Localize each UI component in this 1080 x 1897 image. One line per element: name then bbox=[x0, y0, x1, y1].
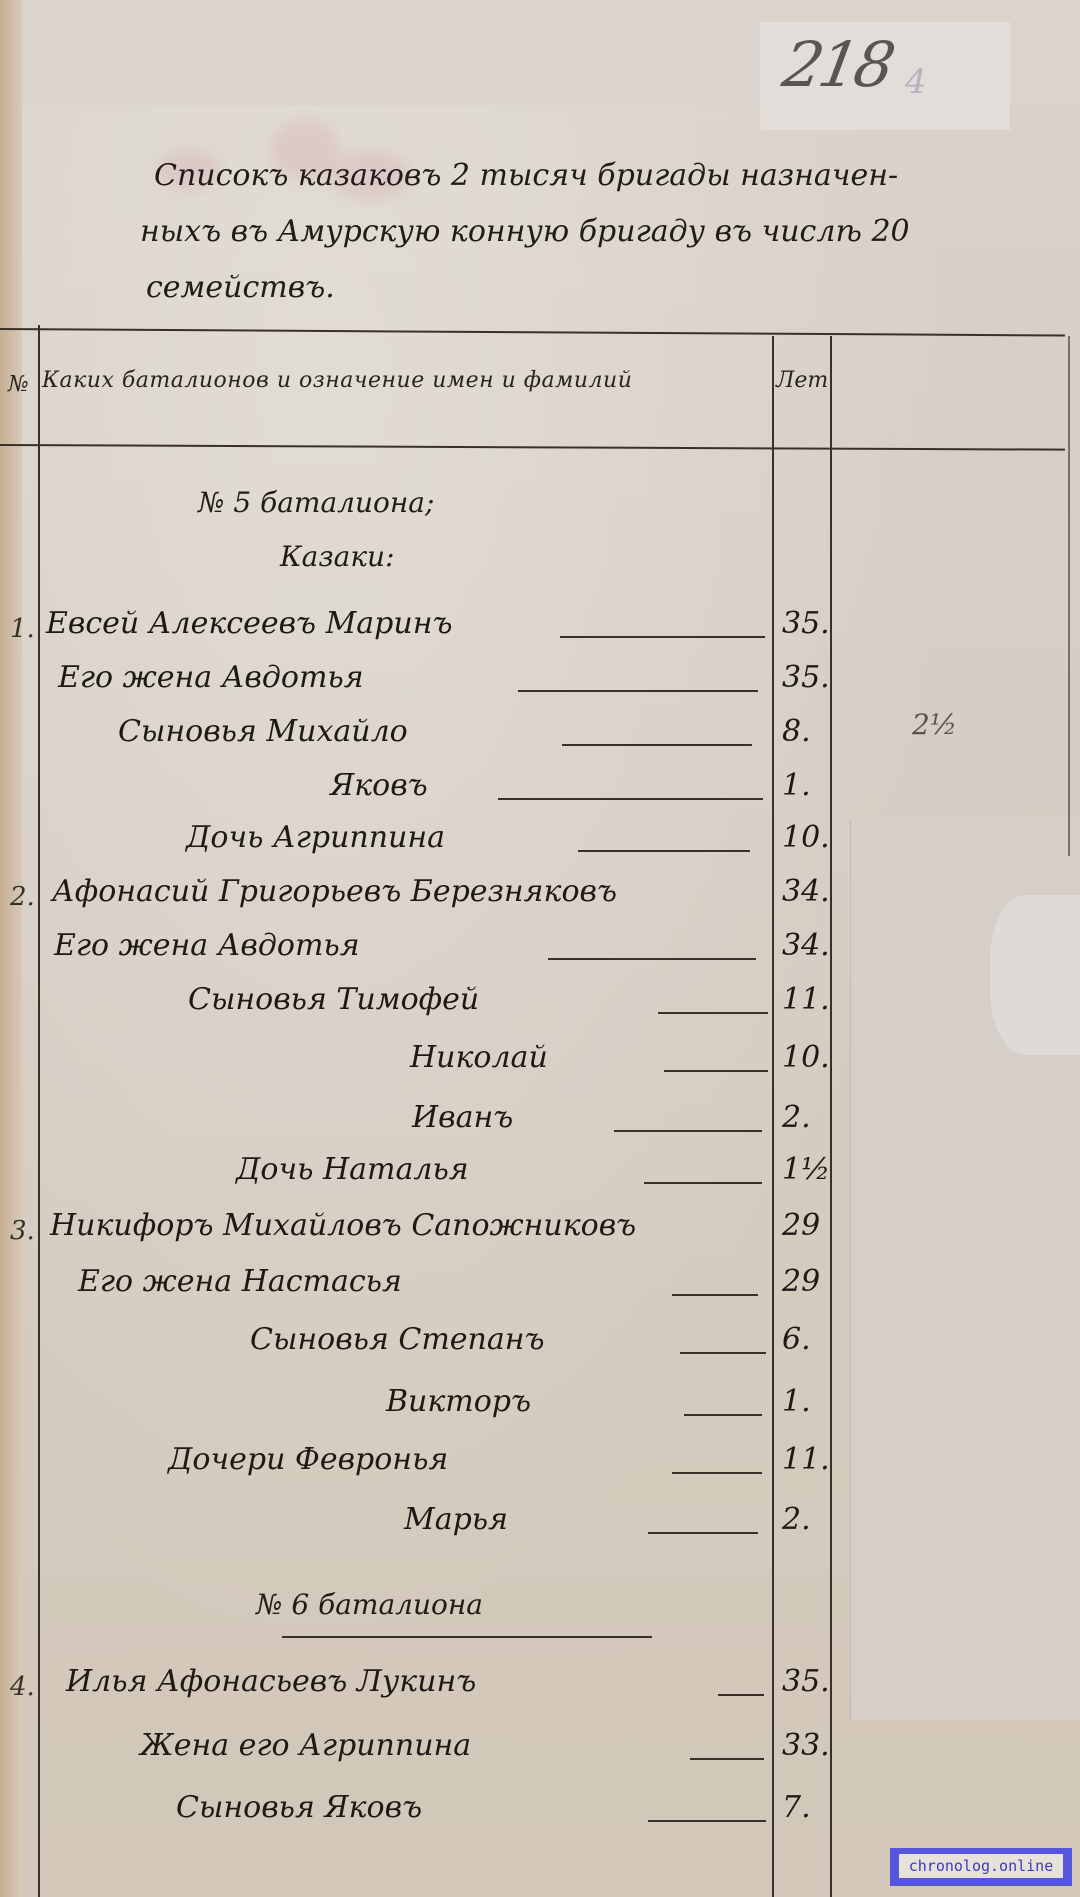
member-name: Жена его Агриппина bbox=[140, 1728, 471, 1763]
table-row: Марья 2. bbox=[0, 1502, 840, 1552]
member-name: Николай bbox=[410, 1040, 548, 1075]
title-line-1: Списокъ казаковъ 2 тысяч бригады назначе… bbox=[150, 148, 1050, 204]
member-name: Евсей Алексеевъ Маринъ bbox=[46, 606, 452, 641]
member-age: 29 bbox=[782, 1264, 820, 1299]
leader-line bbox=[518, 690, 758, 692]
member-age: 1½ bbox=[782, 1152, 830, 1187]
page-number: 218 bbox=[778, 28, 897, 101]
member-age: 35. bbox=[782, 660, 830, 695]
member-name: Илья Афонасьевъ Лукинъ bbox=[66, 1664, 476, 1699]
watermark-text: chronolog.online bbox=[899, 1854, 1063, 1878]
table-row: Николай 10. bbox=[0, 1040, 840, 1090]
table-row: Иванъ 2. bbox=[0, 1100, 840, 1150]
leader-line bbox=[684, 1414, 762, 1416]
leader-line bbox=[562, 744, 752, 746]
table-row: Сыновья Тимофей 11. bbox=[0, 982, 840, 1032]
member-age: 29 bbox=[782, 1208, 820, 1243]
member-name: Дочери Февронья bbox=[168, 1442, 448, 1477]
table-row: 1. Евсей Алексеевъ Маринъ 35. bbox=[0, 606, 840, 656]
leader-line bbox=[648, 1532, 758, 1534]
table-row: Жена его Агриппина 33. bbox=[0, 1728, 840, 1778]
member-age: 11. bbox=[782, 982, 830, 1017]
leader-line bbox=[614, 1130, 762, 1132]
member-age: 6. bbox=[782, 1322, 811, 1357]
family-number: 4. bbox=[10, 1672, 35, 1702]
section-heading: № 5 баталиона; bbox=[198, 486, 434, 519]
leader-line bbox=[498, 798, 763, 800]
table-row: Сыновья Михайло 8. bbox=[0, 714, 840, 764]
member-age: 8. bbox=[782, 714, 811, 749]
member-age: 34. bbox=[782, 874, 830, 909]
member-age: 33. bbox=[782, 1728, 830, 1763]
member-name: Сыновья Тимофей bbox=[188, 982, 479, 1017]
title-line-2: ныхъ въ Амурскую конную бригаду въ числѣ… bbox=[140, 204, 1050, 260]
family-number: 1. bbox=[10, 614, 35, 644]
leader-line bbox=[578, 850, 750, 852]
member-age: 35. bbox=[782, 1664, 830, 1699]
member-age: 2. bbox=[782, 1100, 811, 1135]
table-row: Дочь Наталья 1½ bbox=[0, 1152, 840, 1202]
table-row: Яковъ 1. bbox=[0, 768, 840, 818]
member-name: Яковъ bbox=[330, 768, 428, 803]
family-number: 2. bbox=[10, 882, 35, 912]
header-age: Лет bbox=[776, 368, 828, 393]
table-row: Викторъ 1. bbox=[0, 1384, 840, 1434]
leader-line bbox=[548, 958, 756, 960]
member-age: 1. bbox=[782, 1384, 811, 1419]
member-name: Викторъ bbox=[386, 1384, 531, 1419]
member-name: Его жена Авдотья bbox=[54, 928, 360, 963]
table-row: 2. Афонасий Григорьевъ Березняковъ 34. bbox=[0, 874, 840, 924]
section-subheading: Казаки: bbox=[280, 540, 395, 573]
table-row: 3. Никифоръ Михайловъ Сапожниковъ 29 bbox=[0, 1208, 840, 1258]
table-row: Дочери Февронья 11. bbox=[0, 1442, 840, 1492]
document-page: 218 4 Списокъ казаковъ 2 тысяч бригады н… bbox=[0, 0, 1080, 1897]
member-name: Его жена Настасья bbox=[78, 1264, 402, 1299]
right-margin-rule bbox=[1068, 336, 1070, 856]
member-name: Сыновья Яковъ bbox=[176, 1790, 422, 1825]
margin-note: 2½ bbox=[912, 708, 957, 741]
section-heading: № 6 баталиона bbox=[256, 1588, 483, 1621]
member-age: 10. bbox=[782, 820, 830, 855]
table-row: Дочь Агриппина 10. bbox=[0, 820, 840, 870]
table-row: Сыновья Яковъ 7. bbox=[0, 1790, 840, 1840]
member-name: Никифоръ Михайловъ Сапожниковъ bbox=[50, 1208, 636, 1243]
member-name: Иванъ bbox=[412, 1100, 513, 1135]
member-name: Дочь Наталья bbox=[236, 1152, 469, 1187]
paper-tear bbox=[990, 895, 1080, 1055]
leader-line bbox=[664, 1070, 768, 1072]
leader-line bbox=[560, 636, 765, 638]
header-number: № bbox=[8, 372, 29, 397]
leader-line bbox=[680, 1352, 766, 1354]
page-number-faint: 4 bbox=[905, 62, 927, 102]
section-underline bbox=[282, 1636, 652, 1638]
leader-line bbox=[648, 1820, 766, 1822]
member-name: Сыновья Степанъ bbox=[250, 1322, 545, 1357]
leader-line bbox=[690, 1758, 764, 1760]
member-age: 1. bbox=[782, 768, 811, 803]
leader-line bbox=[644, 1182, 762, 1184]
header-name: Каких баталионов и означение имен и фами… bbox=[42, 368, 632, 393]
member-age: 7. bbox=[782, 1790, 811, 1825]
member-name: Дочь Агриппина bbox=[186, 820, 445, 855]
table-row: Сыновья Степанъ 6. bbox=[0, 1322, 840, 1372]
family-number: 3. bbox=[10, 1216, 35, 1246]
table-row: Его жена Авдотья 34. bbox=[0, 928, 840, 978]
member-age: 34. bbox=[782, 928, 830, 963]
member-age: 10. bbox=[782, 1040, 830, 1075]
member-age: 35. bbox=[782, 606, 830, 641]
document-title: Списокъ казаковъ 2 тысяч бригады назначе… bbox=[150, 148, 1050, 316]
leader-line bbox=[672, 1294, 758, 1296]
watermark[interactable]: chronolog.online bbox=[890, 1848, 1072, 1886]
table-top-rule bbox=[0, 328, 1065, 337]
table-header-rule bbox=[0, 444, 1065, 451]
leader-line bbox=[658, 1012, 768, 1014]
leader-line bbox=[672, 1472, 762, 1474]
leader-line bbox=[718, 1694, 764, 1696]
table-row: Его жена Авдотья 35. bbox=[0, 660, 840, 710]
member-name: Его жена Авдотья bbox=[58, 660, 364, 695]
member-age: 11. bbox=[782, 1442, 830, 1477]
member-name: Сыновья Михайло bbox=[118, 714, 408, 749]
member-name: Афонасий Григорьевъ Березняковъ bbox=[52, 874, 617, 909]
table-row: 4. Илья Афонасьевъ Лукинъ 35. bbox=[0, 1664, 840, 1714]
member-name: Марья bbox=[404, 1502, 508, 1537]
member-age: 2. bbox=[782, 1502, 811, 1537]
table-row: Его жена Настасья 29 bbox=[0, 1264, 840, 1314]
title-line-3: семействъ. bbox=[146, 260, 1050, 316]
